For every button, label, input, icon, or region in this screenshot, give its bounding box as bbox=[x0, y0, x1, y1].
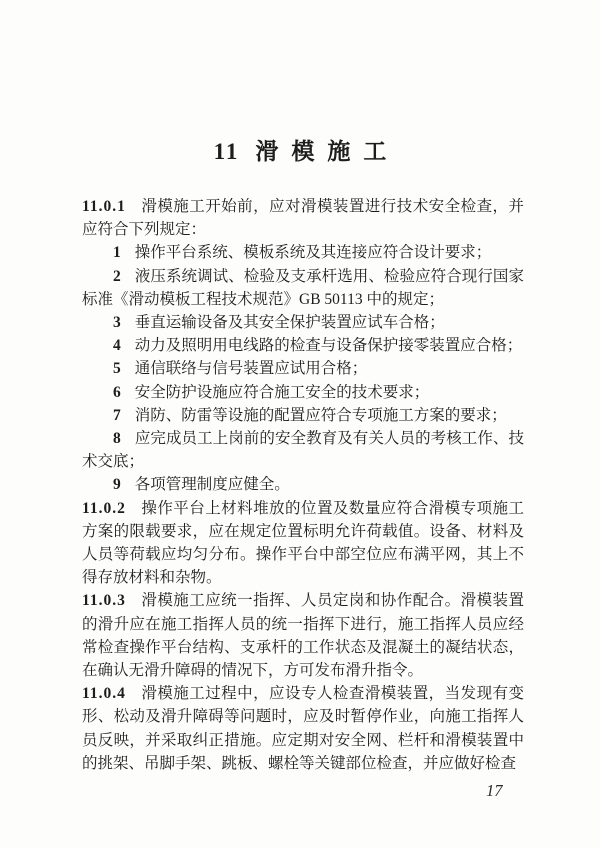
clause-number: 11.0.4 bbox=[82, 685, 126, 702]
list-item-7: 7消防、防雷等设施的配置应符合专项施工方案的要求； bbox=[82, 404, 524, 427]
chapter-title-text: 滑模施工 bbox=[255, 139, 399, 164]
item-number: 9 bbox=[113, 476, 121, 493]
item-number: 4 bbox=[113, 337, 121, 354]
list-item-3: 3垂直运输设备及其安全保护装置应试车合格； bbox=[82, 311, 524, 334]
clause-11-0-3: 11.0.3滑模施工应统一指挥、人员定岗和协作配合。滑模装置的滑升应在施工指挥人… bbox=[82, 589, 524, 682]
list-item-4: 4动力及照明用电线路的检查与设备保护接零装置应合格； bbox=[82, 334, 524, 357]
clause-text: 操作平台上材料堆放的位置及数量应符合滑模专项施工方案的限载要求，应在规定位置标明… bbox=[82, 500, 524, 587]
list-item-8: 8应完成员工上岗前的安全教育及有关人员的考核工作、技术交底； bbox=[82, 427, 524, 473]
item-number: 5 bbox=[113, 360, 121, 377]
clause-11-0-2: 11.0.2操作平台上材料堆放的位置及数量应符合滑模专项施工方案的限载要求，应在… bbox=[82, 497, 524, 590]
document-page: 11滑模施工 11.0.1滑模施工开始前，应对滑模装置进行技术安全检查，并应符合… bbox=[0, 0, 600, 848]
clause-text: 滑模施工开始前，应对滑模装置进行技术安全检查，并应符合下列规定： bbox=[82, 198, 524, 238]
item-text: 通信联络与信号装置应试用合格； bbox=[135, 360, 368, 377]
clause-number: 11.0.3 bbox=[82, 592, 126, 609]
list-item-1: 1操作平台系统、模板系统及其连接应符合设计要求； bbox=[82, 241, 524, 264]
body-text: 11.0.1滑模施工开始前，应对滑模装置进行技术安全检查，并应符合下列规定： 1… bbox=[82, 195, 524, 775]
item-number: 7 bbox=[113, 407, 121, 424]
item-number: 6 bbox=[113, 384, 121, 401]
clause-text: 滑模施工过程中，应设专人检查滑模装置，当发现有变形、松动及滑升障碍等问题时，应及… bbox=[82, 685, 524, 772]
clause-number: 11.0.2 bbox=[82, 500, 126, 517]
item-text: 各项管理制度应健全。 bbox=[135, 476, 290, 493]
clause-number: 11.0.1 bbox=[82, 198, 126, 215]
list-item-2: 2液压系统调试、检验及支承杆选用、检验应符合现行国家标准《滑动模板工程技术规范》… bbox=[82, 265, 524, 311]
list-item-6: 6安全防护设施应符合施工安全的技术要求； bbox=[82, 381, 524, 404]
item-text: 操作平台系统、模板系统及其连接应符合设计要求； bbox=[135, 244, 492, 261]
item-number: 8 bbox=[113, 430, 121, 447]
item-text: 消防、防雷等设施的配置应符合专项施工方案的要求； bbox=[135, 407, 507, 424]
chapter-title: 11滑模施工 bbox=[0, 133, 600, 166]
clause-11-0-1: 11.0.1滑模施工开始前，应对滑模装置进行技术安全检查，并应符合下列规定： bbox=[82, 195, 524, 241]
chapter-number: 11 bbox=[214, 139, 240, 164]
list-item-5: 5通信联络与信号装置应试用合格； bbox=[82, 357, 524, 380]
clause-11-0-4: 11.0.4滑模施工过程中，应设专人检查滑模装置，当发现有变形、松动及滑升障碍等… bbox=[82, 682, 524, 775]
list-item-9: 9各项管理制度应健全。 bbox=[82, 473, 524, 496]
item-number: 2 bbox=[113, 268, 121, 285]
item-text: 安全防护设施应符合施工安全的技术要求； bbox=[135, 384, 430, 401]
item-text: 垂直运输设备及其安全保护装置应试车合格； bbox=[135, 314, 445, 331]
item-text: 应完成员工上岗前的安全教育及有关人员的考核工作、技术交底； bbox=[82, 430, 524, 470]
item-text: 动力及照明用电线路的检查与设备保护接零装置应合格； bbox=[135, 337, 523, 354]
clause-text: 滑模施工应统一指挥、人员定岗和协作配合。滑模装置的滑升应在施工指挥人员的统一指挥… bbox=[82, 592, 524, 679]
item-number: 3 bbox=[113, 314, 121, 331]
item-number: 1 bbox=[113, 244, 121, 261]
item-text: 液压系统调试、检验及支承杆选用、检验应符合现行国家标准《滑动模板工程技术规范》G… bbox=[82, 268, 524, 308]
page-number: 17 bbox=[486, 781, 503, 801]
